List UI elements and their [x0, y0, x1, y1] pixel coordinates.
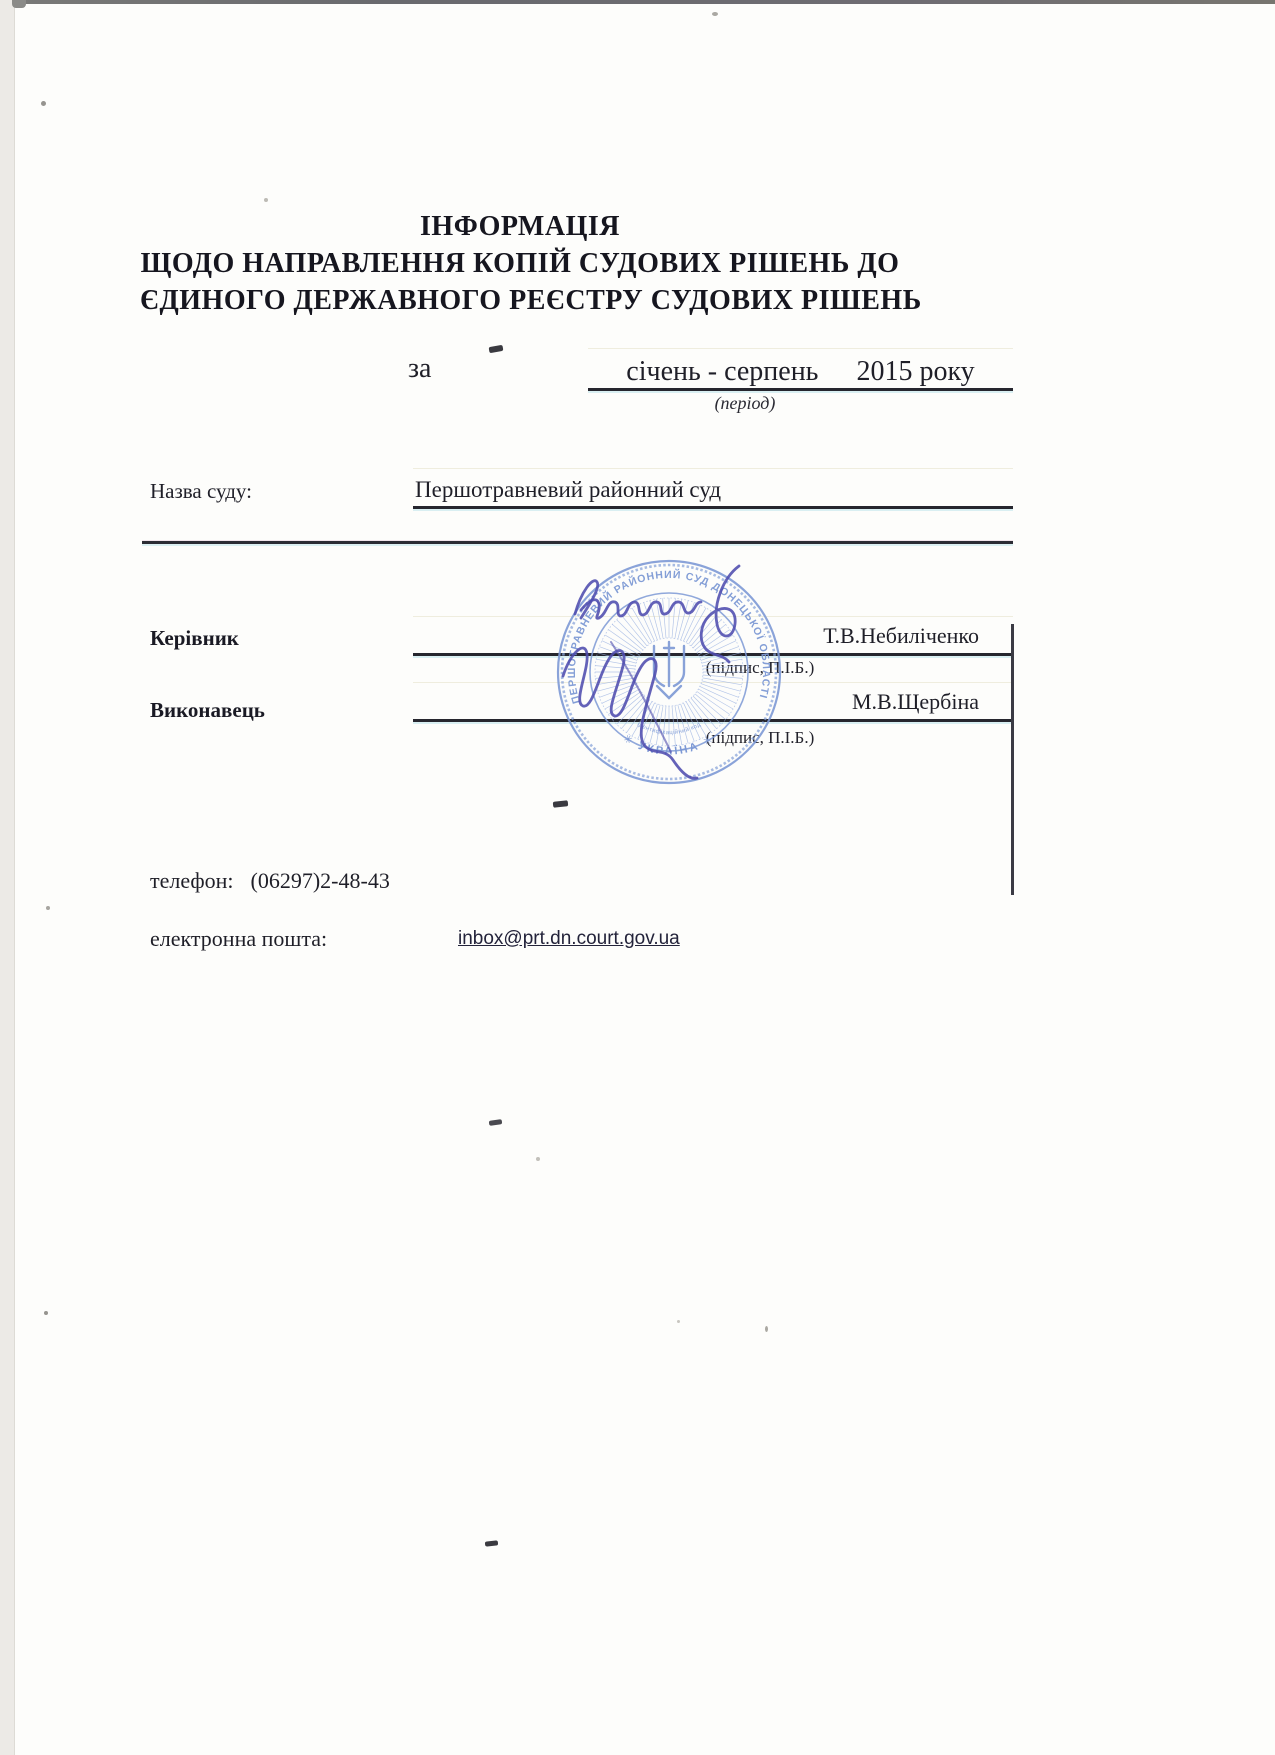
phone-value: (06297)2-48-43	[251, 868, 390, 894]
horizontal-divider	[142, 541, 1013, 544]
head-name: Т.В.Небиліченко	[823, 623, 979, 649]
vertical-rule	[1011, 624, 1014, 895]
period-prefix: за	[408, 353, 432, 385]
executor-signature-ink	[563, 642, 697, 778]
trident-emblem	[654, 642, 684, 698]
scan-speck	[264, 198, 268, 202]
scan-artifact	[485, 1540, 498, 1546]
period-field: січень - серпень 2015 року	[588, 349, 1013, 391]
scan-artifact	[489, 345, 504, 353]
document-title: ІНФОРМАЦІЯ ЩОДО НАПРАВЛЕННЯ КОПІЙ СУДОВИ…	[140, 208, 900, 319]
scan-speck	[765, 1326, 768, 1332]
scan-speck	[41, 101, 46, 106]
title-line-3: ЄДИНОГО ДЕРЖАВНОГО РЕЄСТРУ СУДОВИХ РІШЕН…	[140, 282, 900, 319]
scanned-document-page: ІНФОРМАЦІЯ ЩОДО НАПРАВЛЕННЯ КОПІЙ СУДОВИ…	[0, 0, 1275, 1755]
scan-speck	[536, 1157, 540, 1161]
period-year: 2015 року	[856, 356, 974, 388]
scan-speck	[46, 906, 50, 910]
scan-artifact	[489, 1119, 503, 1126]
executor-name: М.В.Щербіна	[852, 689, 979, 715]
scan-speck	[677, 1320, 680, 1323]
email-label: електронна пошта:	[150, 926, 327, 952]
scan-speck	[44, 1311, 48, 1315]
period-months: січень - серпень	[626, 356, 818, 388]
court-name-label: Назва суду:	[150, 479, 252, 504]
executor-role-label: Виконавець	[150, 698, 265, 723]
court-seal-stamp: ПЕРШОТРАВНЕВИЙ РАЙОННИЙ СУД ДОНЕЦЬКОЇ ОБ…	[553, 556, 785, 788]
court-name-field: Першотравневий районний суд	[413, 469, 1013, 509]
court-name-value: Першотравневий районний суд	[415, 477, 721, 503]
email-value: inbox@prt.dn.court.gov.ua	[458, 928, 680, 950]
phone-row: телефон: (06297)2-48-43	[150, 868, 390, 894]
phone-label: телефон:	[150, 868, 234, 894]
scan-top-edge	[0, 0, 1275, 4]
scan-speck	[712, 12, 718, 16]
period-caption: (період)	[690, 393, 800, 414]
title-line-1: ІНФОРМАЦІЯ	[140, 208, 900, 245]
title-line-2: ЩОДО НАПРАВЛЕННЯ КОПІЙ СУДОВИХ РІШЕНЬ ДО	[140, 245, 900, 282]
head-role-label: Керівник	[150, 626, 239, 651]
scan-left-edge	[0, 0, 15, 1755]
scan-artifact	[553, 800, 569, 808]
scan-corner-mark	[12, 0, 26, 8]
